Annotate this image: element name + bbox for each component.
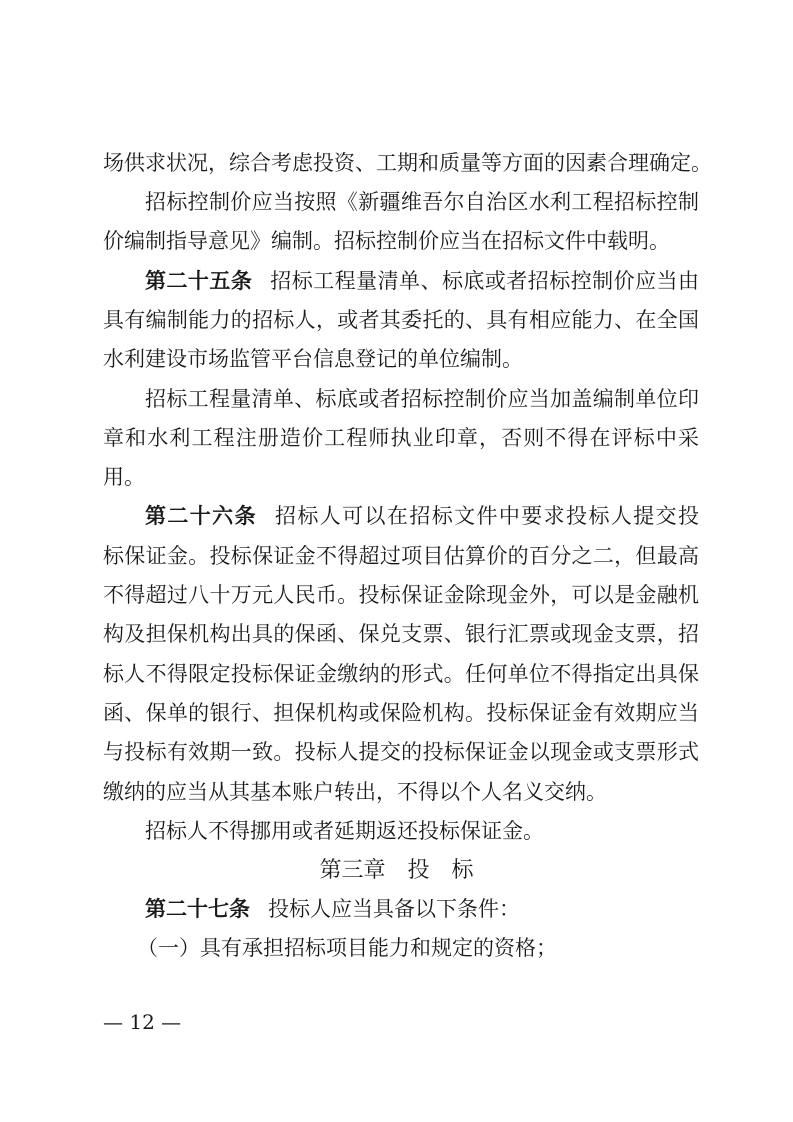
paragraph-line: 标人不得限定投标保证金缴纳的形式。任何单位不得指定出具保 [103,660,699,688]
article-text: 招标人可以在招标文件中要求投标人提交投 [275,504,699,528]
chapter-title: 第三章 投 标 [0,857,793,885]
paragraph-line: 水利建设市场监管平台信息登记的单位编制。 [103,345,699,373]
paragraph-line: 招标工程量清单、标底或者招标控制价应当加盖编制单位印 [103,385,699,413]
paragraph-line: 场供求状况，综合考虑投资、工期和质量等方面的因素合理确定。 [103,149,699,177]
article-text: 招标工程量清单、标底或者招标控制价应当由 [270,269,699,293]
paragraph-line: 用。 [103,463,699,491]
paragraph-line: 缴纳的应当从其基本账户转出，不得以个人名义交纳。 [103,778,699,806]
article-heading: 第二十七条 [145,897,250,921]
paragraph-line: 招标控制价应当按照《新疆维吾尔自治区水利工程招标控制 [103,188,699,216]
paragraph-line: 价编制指导意见》编制。招标控制价应当在招标文件中载明。 [103,227,699,255]
article-27-line: 第二十七条投标人应当具备以下条件： [103,895,699,923]
article-heading: 第二十六条 [145,504,257,528]
article-25-line: 第二十五条招标工程量清单、标底或者招标控制价应当由 [103,267,699,295]
paragraph-line: 不得超过八十万元人民币。投标保证金除现金外，可以是金融机 [103,581,699,609]
list-item: （一）具有承担招标项目能力和规定的资格； [103,934,691,962]
paragraph-line: 函、保单的银行、担保机构或保险机构。投标保证金有效期应当 [103,699,699,727]
article-heading: 第二十五条 [145,269,252,293]
article-26-line: 第二十六条招标人可以在招标文件中要求投标人提交投 [103,502,699,530]
paragraph-line: 具有编制能力的招标人，或者其委托的、具有相应能力、在全国 [103,306,699,334]
article-text: 投标人应当具备以下条件： [268,897,520,921]
page-number: — 12 — [103,1008,181,1036]
paragraph-line: 招标人不得挪用或者延期返还投标保证金。 [103,817,699,845]
paragraph-line: 构及担保机构出具的保函、保兑支票、银行汇票或现金支票，招 [103,620,699,648]
paragraph-line: 标保证金。投标保证金不得超过项目估算价的百分之二，但最高 [103,542,699,570]
paragraph-line: 章和水利工程注册造价工程师执业印章，否则不得在评标中采 [103,424,699,452]
paragraph-line: 与投标有效期一致。投标人提交的投标保证金以现金或支票形式 [103,738,699,766]
